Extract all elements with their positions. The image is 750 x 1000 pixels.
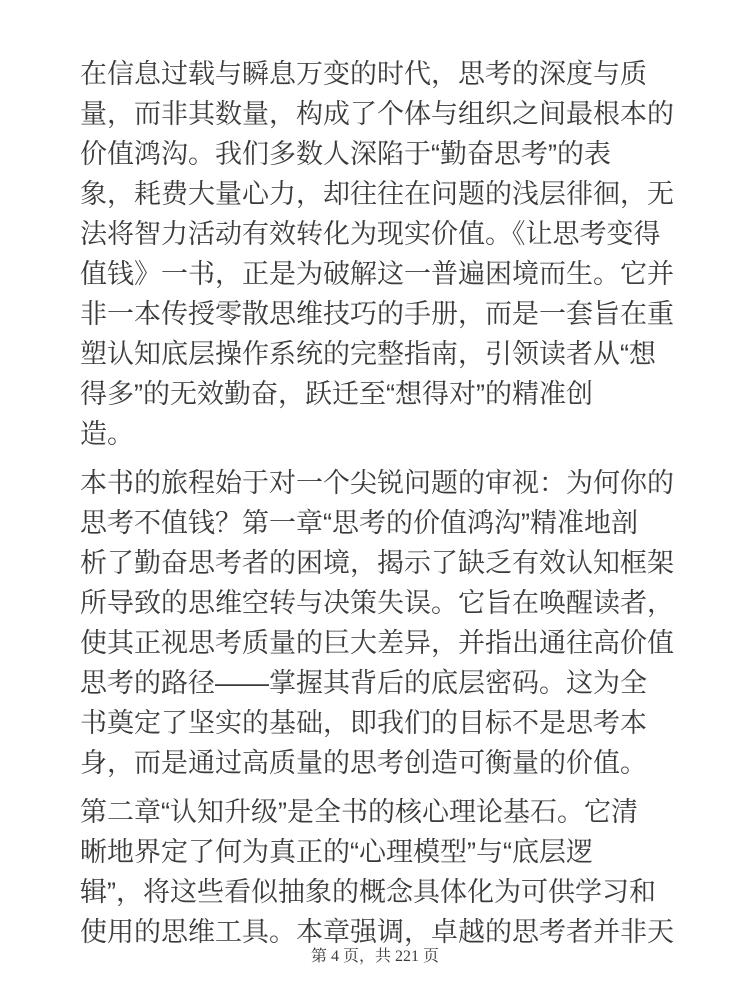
paragraph-intro: 在信息过载与瞬息万变的时代，思考的深度与质 量，而非其数量，构成了个体与组织之间…: [80, 54, 680, 454]
paragraph-chapter-two: 第二章“认知升级”是全书的核心理论基石。它清 晰地界定了何为真正的“心理模型”与…: [80, 792, 680, 952]
paragraph-chapter-one: 本书的旅程始于对一个尖锐问题的审视：为何你的 思考不值钱？第一章“思考的价值鸿沟…: [80, 463, 680, 783]
document-page: 在信息过载与瞬息万变的时代，思考的深度与质 量，而非其数量，构成了个体与组织之间…: [0, 0, 750, 1000]
page-number-footer: 第 4 页，共 221 页: [0, 947, 750, 967]
